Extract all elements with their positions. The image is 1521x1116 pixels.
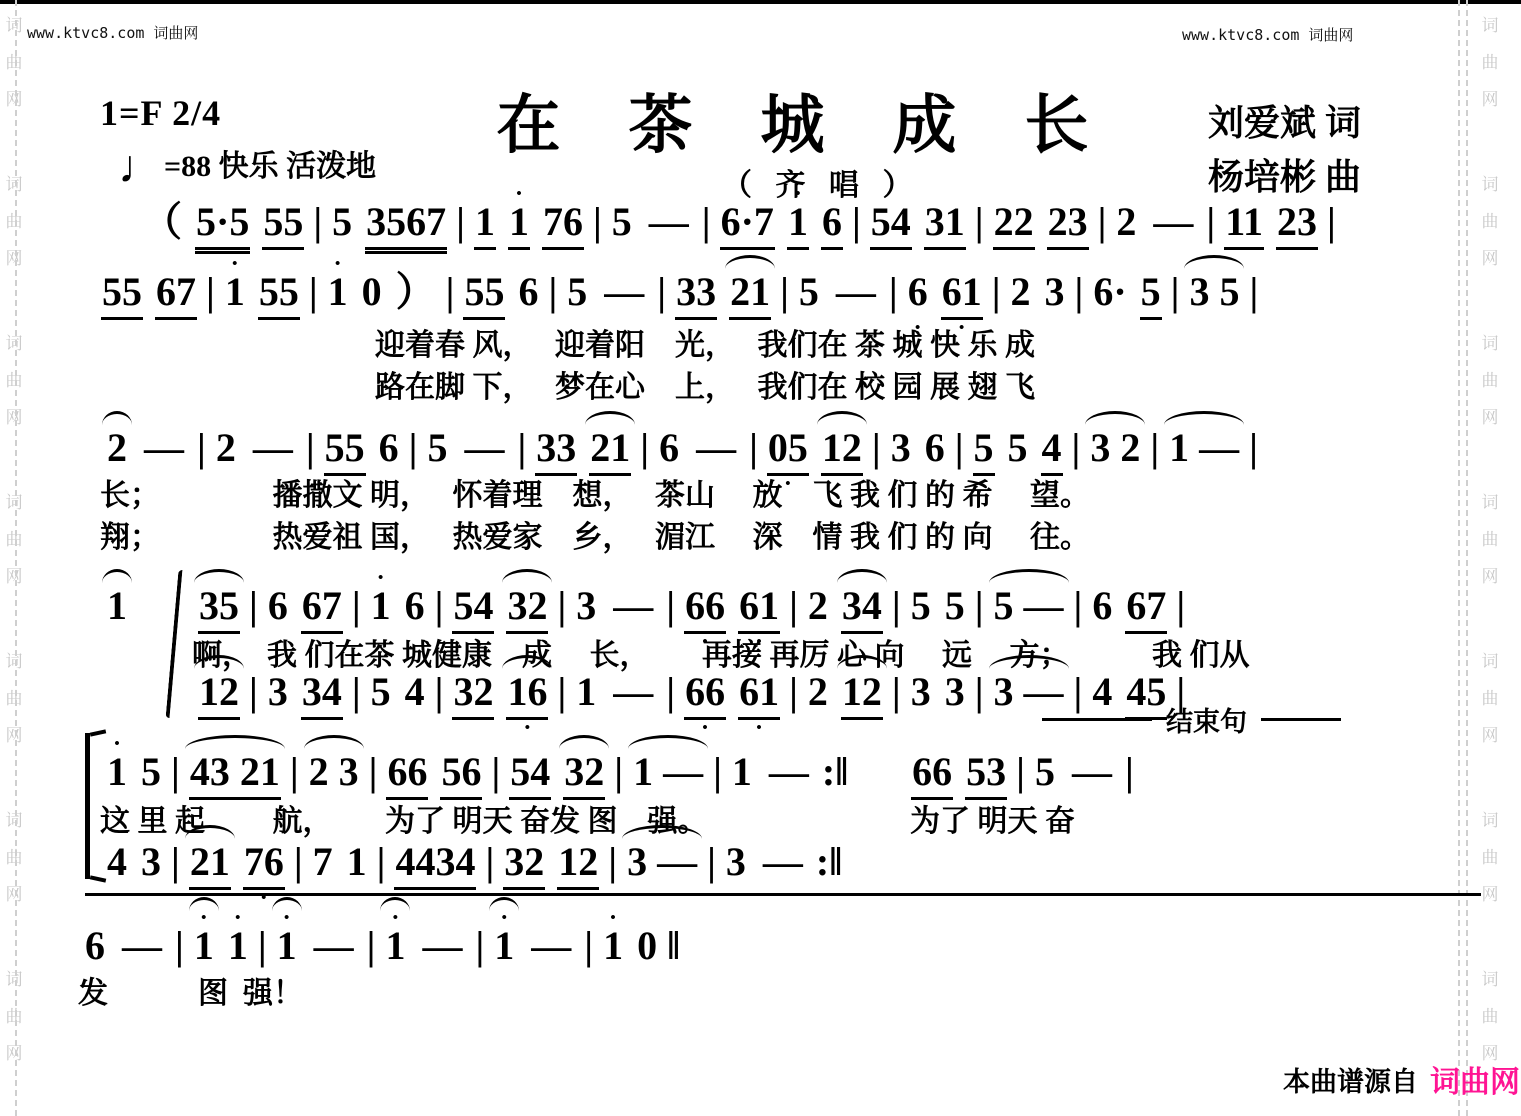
ending-line-left	[1042, 718, 1152, 721]
left-dashed-line	[15, 0, 17, 1116]
ending-phrase-label: 结束句	[1042, 700, 1341, 739]
notation-line-5-bottom: 43|2176|71|4434|3212|3 —|3—:‖	[100, 838, 845, 890]
right-dashed-line-1	[1458, 0, 1460, 1116]
right-dashed-line-2	[1466, 0, 1468, 1116]
notation-line-1: （5·555|53567|1176|5—|6·716|5431|2223|2—|…	[135, 198, 1339, 250]
notation-line-6: 6—|11|1—|1—|1—|10‖	[78, 922, 683, 971]
ending-label-text: 结束句	[1166, 700, 1247, 739]
lyric-line-6: 发 图 强！	[78, 968, 303, 1012]
notation-line-5-top: 15|43 21|2 3|6656|5432|1 —|1—:‖ 6653|5—|	[100, 748, 1137, 800]
notation-line-3: 2—|2—|556|5—|3321|6—|0512|36|554|3 2|1 —…	[100, 424, 1261, 476]
composer: 杨培彬 曲	[1208, 150, 1361, 204]
footer-site-name: 词曲网	[1430, 1057, 1520, 1101]
lyric-line-verse1-b: 长； 播撒文 明， 怀着理 想， 茶山 放 飞 我 们 的 希 望。	[100, 470, 1090, 514]
section-rule	[85, 893, 1481, 896]
right-watermark-column: 词曲网词曲网词曲网词曲网词曲网词曲网词曲网	[1478, 8, 1502, 1116]
lyric-line-verse2-b: 翔； 热爱祖 国， 热爱家 乡， 湄江 深 情 我 们 的 向 往。	[100, 512, 1090, 556]
notation-line-2: 5567|155|10）|556|5—|3321|5—|661|23|6·5|3…	[95, 268, 1261, 320]
notation-line-4-bottom: 12|334|54|3216|1—|6661|212|33|3 —|445|	[192, 668, 1188, 720]
lyric-line-verse1-a: 迎着春 风， 迎着阳 光， 我们在 茶 城 快 乐 成	[375, 320, 1035, 364]
voice-brace	[166, 570, 193, 718]
ending-line-right	[1261, 718, 1341, 721]
footer-source-text: 本曲谱源自	[1283, 1060, 1418, 1099]
notation-line-4-top: 35|667|16|5432|3—|6661|234|55|5 —|667|	[192, 582, 1188, 634]
url-watermark-top-left: www.ktvc8.com 词曲网	[27, 22, 198, 43]
tied-lead-note: 1	[100, 582, 134, 631]
url-watermark-top-right: www.ktvc8.com 词曲网	[1182, 24, 1353, 45]
lyricist: 刘爱斌 词	[1208, 96, 1361, 150]
lyric-line-verse2-a: 路在脚 下， 梦在心 上， 我们在 校 园 展 翅 飞	[375, 362, 1035, 406]
lyric-line-5: 这 里 起 航， 为了 明天 奋发 图 强。 为了 明天 奋	[100, 796, 1075, 840]
credits: 刘爱斌 词杨培彬 曲	[1208, 96, 1361, 204]
top-rule	[0, 0, 1521, 4]
left-watermark-column: 词曲网词曲网词曲网词曲网词曲网词曲网词曲网	[2, 8, 26, 1116]
lead-note: 1	[106, 584, 128, 631]
